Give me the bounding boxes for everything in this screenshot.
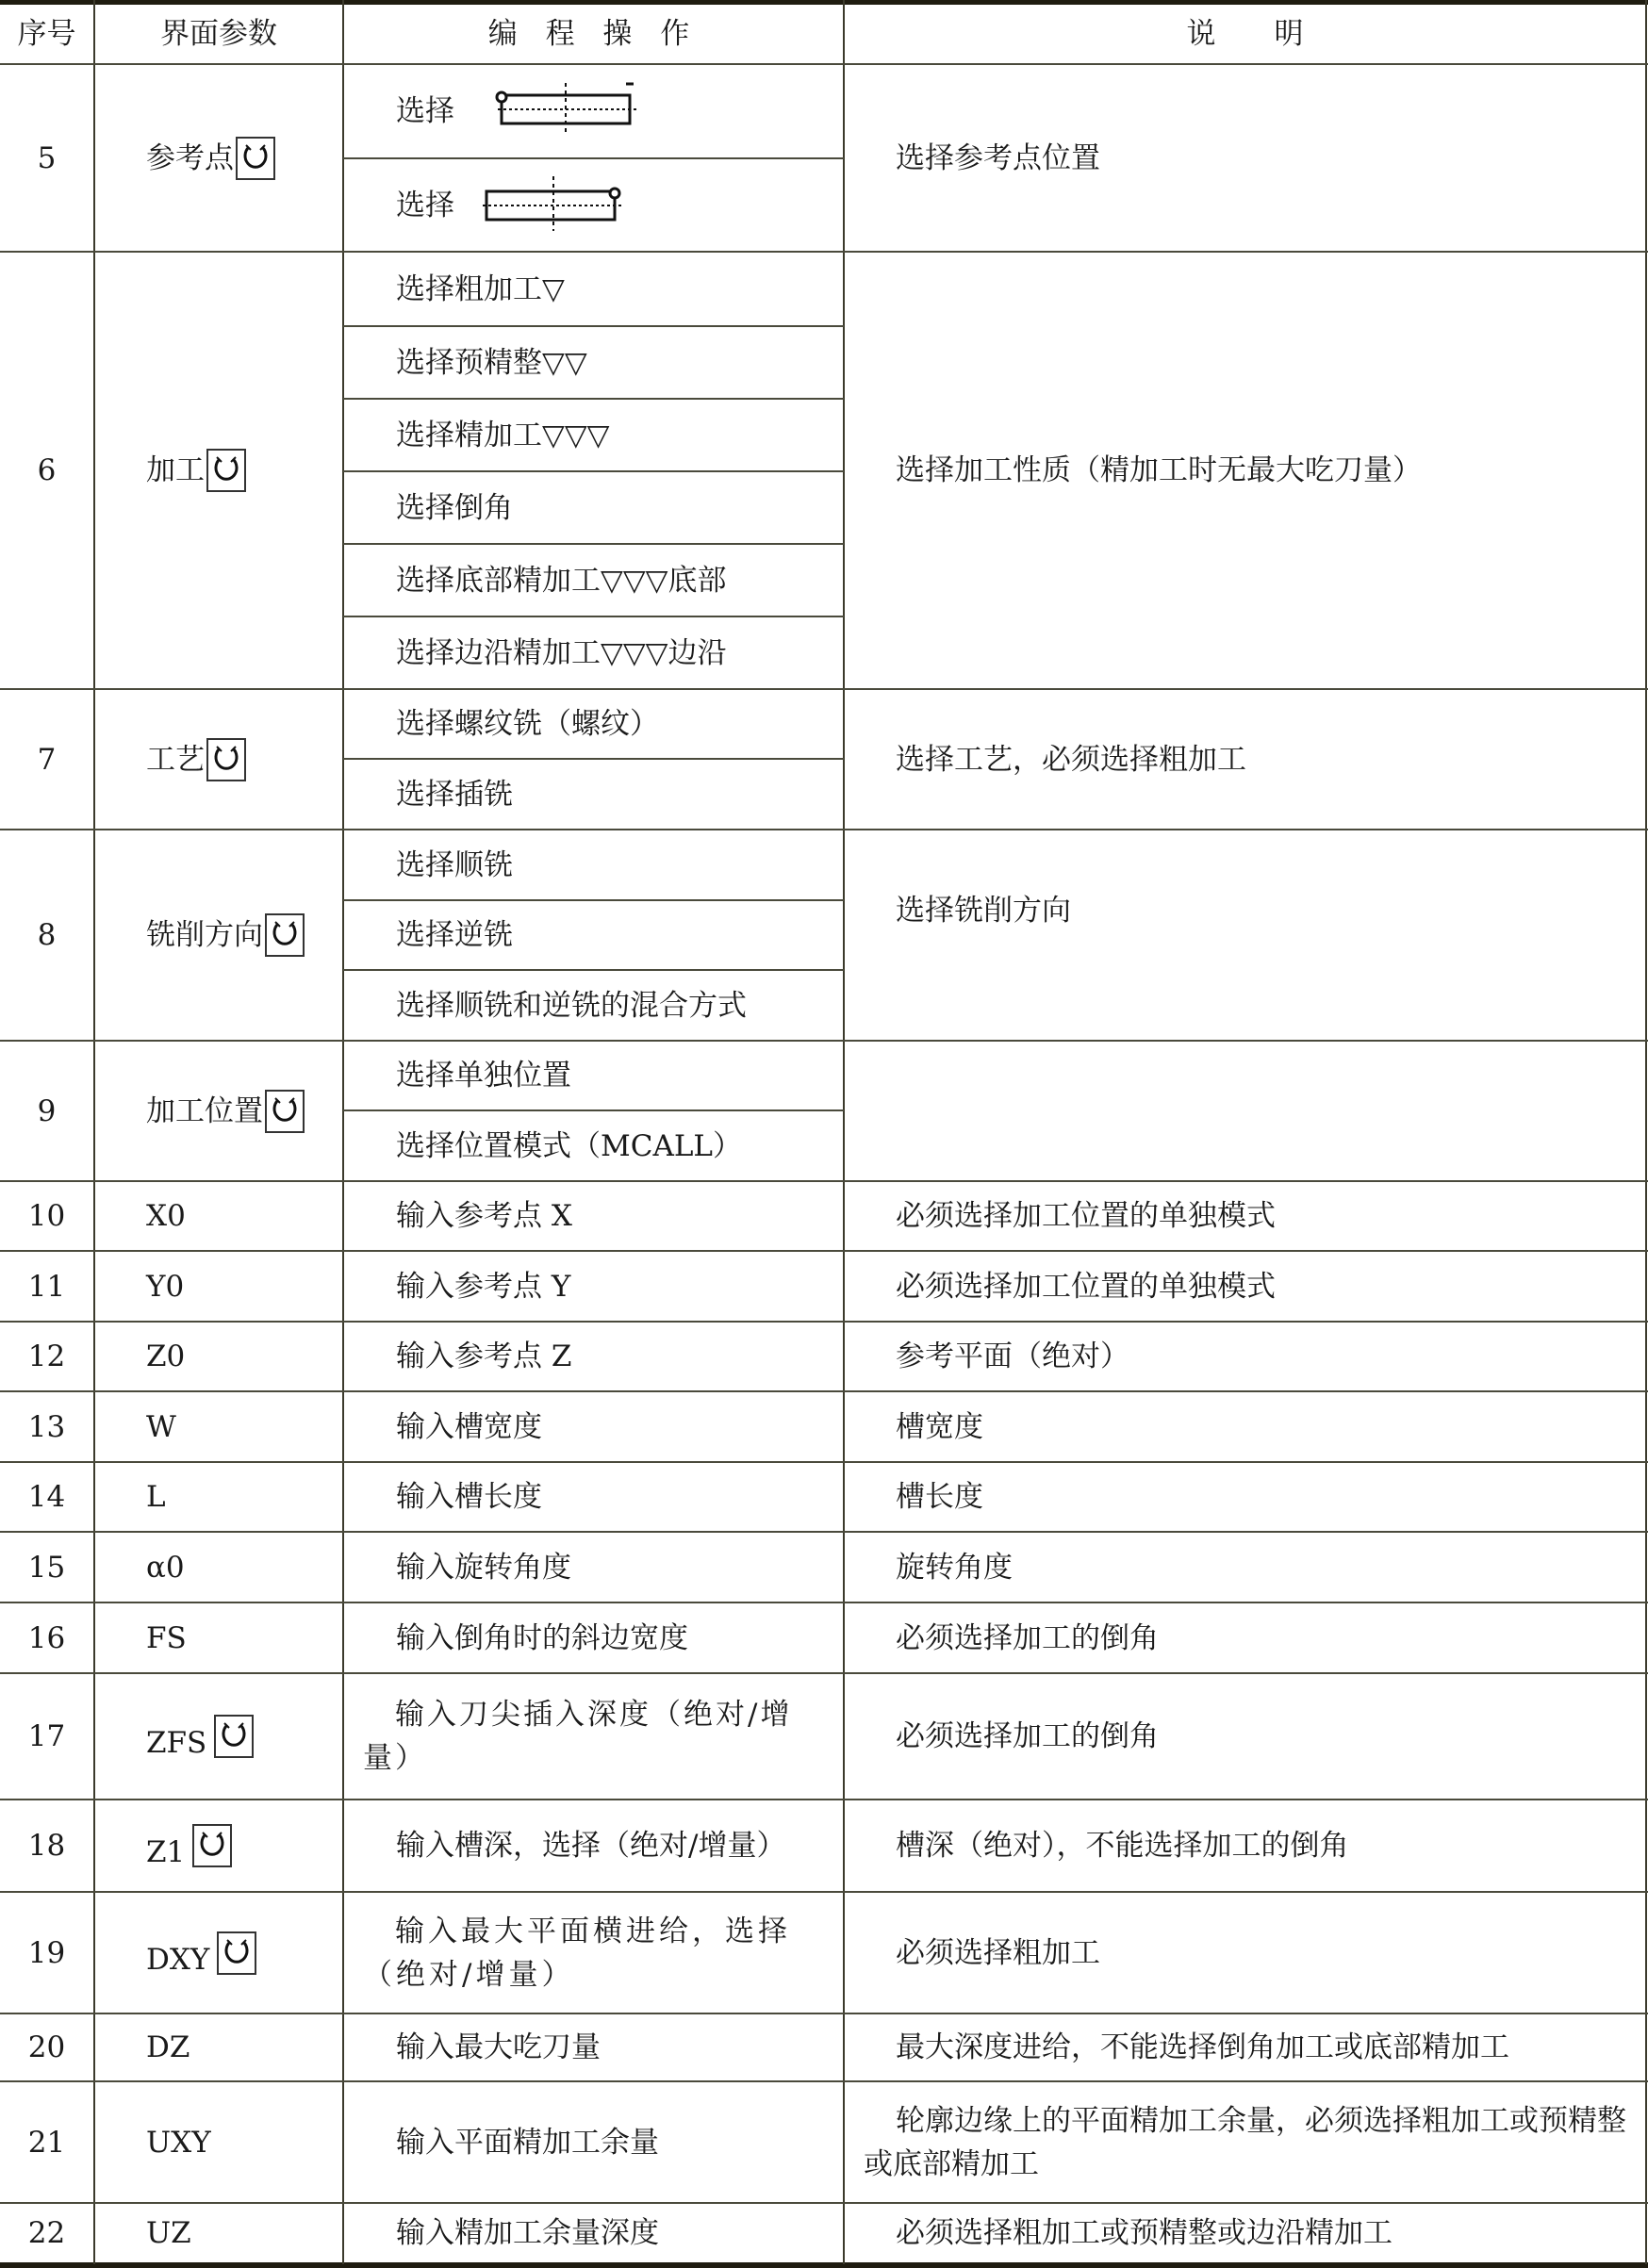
row-note: 槽宽度 xyxy=(896,1392,1640,1461)
row-seq: 8 xyxy=(0,830,93,1040)
toggle-cycle-icon[interactable] xyxy=(217,1931,256,1975)
operation-option[interactable]: 选择预精整▽▽ xyxy=(396,327,839,398)
row-param: DXY xyxy=(146,1893,342,2013)
row-note: 必须选择加工的倒角 xyxy=(896,1674,1640,1799)
row-note: 必须选择粗加工 xyxy=(896,1893,1640,2013)
row-note: 选择铣削方向 xyxy=(896,830,1640,991)
header-seq: 序号 xyxy=(0,5,93,63)
row-seq: 14 xyxy=(0,1463,93,1531)
row-seq: 16 xyxy=(0,1603,93,1672)
row-note: 必须选择加工位置的单独模式 xyxy=(896,1182,1640,1250)
row-param: L xyxy=(146,1463,342,1531)
row-seq: 6 xyxy=(0,253,93,688)
operation-option[interactable]: 选择粗加工▽ xyxy=(396,253,839,325)
operation-option[interactable]: 选择 xyxy=(396,65,839,157)
operation-option[interactable]: 选择顺铣和逆铣的混合方式 xyxy=(396,971,839,1040)
row-seq: 9 xyxy=(0,1042,93,1180)
row-note: 选择加工性质（精加工时无最大吃刀量） xyxy=(896,253,1640,688)
operation-option[interactable]: 选择精加工▽▽▽ xyxy=(396,400,839,470)
table-bottom-rule xyxy=(0,2262,1648,2268)
row-param: Y0 xyxy=(146,1252,342,1321)
slot-ref-right-diagram-icon xyxy=(483,173,671,238)
operation-option[interactable]: 选择插铣 xyxy=(396,760,839,829)
operation-option[interactable]: 选择逆铣 xyxy=(396,901,839,969)
row-note: 必须选择加工的倒角 xyxy=(896,1603,1640,1672)
row-seq: 15 xyxy=(0,1533,93,1602)
row-note: 旋转角度 xyxy=(896,1533,1640,1602)
row-note: 槽深（绝对），不能选择加工的倒角 xyxy=(896,1800,1640,1891)
row-note: 槽长度 xyxy=(896,1463,1640,1531)
row-param: 参考点 xyxy=(146,65,342,251)
row-seq: 13 xyxy=(0,1392,93,1461)
row-seq: 19 xyxy=(0,1893,93,2013)
operation-option[interactable]: 选择倒角 xyxy=(396,472,839,543)
operation-input[interactable]: 输入精加工余量深度 xyxy=(396,2204,839,2262)
operation-input[interactable]: 输入槽深，选择（绝对/增量） xyxy=(396,1800,839,1891)
operation-option[interactable]: 选择边沿精加工▽▽▽边沿 xyxy=(396,617,839,688)
operation-input[interactable]: 输入参考点 X xyxy=(396,1182,839,1250)
column-divider xyxy=(342,0,344,2264)
operation-input[interactable]: 输入倒角时的斜边宽度 xyxy=(396,1603,839,1672)
row-param: W xyxy=(146,1392,342,1461)
row-note: 轮廓边缘上的平面精加工余量，必须选择粗加工或预精整或底部精加工 xyxy=(864,2082,1640,2202)
header-operation: 编 程 操 作 xyxy=(344,5,843,63)
slot-ref-left-diagram-icon xyxy=(483,78,671,144)
toggle-cycle-icon[interactable] xyxy=(206,449,246,492)
toggle-cycle-icon[interactable] xyxy=(214,1715,254,1758)
row-param: UXY xyxy=(146,2082,342,2202)
row-seq: 7 xyxy=(0,690,93,829)
row-seq: 11 xyxy=(0,1252,93,1321)
row-seq: 18 xyxy=(0,1800,93,1891)
row-param: Z1 xyxy=(146,1800,342,1891)
row-seq: 10 xyxy=(0,1182,93,1250)
toggle-cycle-icon[interactable] xyxy=(192,1824,232,1867)
parameter-table: 序号 界面参数 编 程 操 作 说 明 5 参考点 选择 选择 选择参考点位置 … xyxy=(0,0,1648,2268)
table-right-border xyxy=(1645,0,1647,2264)
row-param: α0 xyxy=(146,1533,342,1602)
row-seq: 21 xyxy=(0,2082,93,2202)
row-seq: 17 xyxy=(0,1674,93,1799)
operation-option[interactable]: 选择螺纹铣（螺纹） xyxy=(396,690,839,758)
row-note xyxy=(896,1042,1640,1180)
toggle-cycle-icon[interactable] xyxy=(206,738,246,781)
column-divider xyxy=(93,0,95,2264)
operation-input[interactable]: 输入槽宽度 xyxy=(396,1392,839,1461)
toggle-cycle-icon[interactable] xyxy=(265,913,305,957)
row-param: FS xyxy=(146,1603,342,1672)
operation-input[interactable]: 输入平面精加工余量 xyxy=(396,2082,839,2202)
operation-option[interactable]: 选择底部精加工▽▽▽底部 xyxy=(396,545,839,616)
row-param: 工艺 xyxy=(146,690,342,829)
operation-option[interactable]: 选择单独位置 xyxy=(396,1042,839,1109)
row-param: 加工 xyxy=(146,253,342,688)
row-note: 选择工艺，必须选择粗加工 xyxy=(896,690,1640,829)
row-note: 必须选择加工位置的单独模式 xyxy=(896,1252,1640,1321)
toggle-cycle-icon[interactable] xyxy=(265,1090,305,1133)
row-note: 选择参考点位置 xyxy=(896,65,1640,251)
row-param: X0 xyxy=(146,1182,342,1250)
row-seq: 5 xyxy=(0,65,93,251)
row-param: ZFS xyxy=(146,1674,342,1799)
operation-input[interactable]: 输入参考点 Z xyxy=(396,1323,839,1390)
column-divider xyxy=(843,0,845,2264)
row-note: 最大深度进给，不能选择倒角加工或底部精加工 xyxy=(896,2014,1640,2080)
row-note: 必须选择粗加工或预精整或边沿精加工 xyxy=(896,2204,1640,2262)
row-seq: 20 xyxy=(0,2014,93,2080)
operation-input[interactable]: 输入旋转角度 xyxy=(396,1533,839,1602)
operation-input[interactable]: 输入最大吃刀量 xyxy=(396,2014,839,2080)
operation-input[interactable]: 输入刀尖插入深度（绝对/增量） xyxy=(363,1674,834,1799)
header-note: 说 明 xyxy=(845,5,1645,63)
row-param: 加工位置 xyxy=(146,1042,342,1180)
operation-option[interactable]: 选择位置模式（MCALL） xyxy=(396,1111,839,1180)
row-param: Z0 xyxy=(146,1323,342,1390)
operation-option[interactable]: 选择 xyxy=(396,159,839,251)
row-param: UZ xyxy=(146,2204,342,2262)
operation-input[interactable]: 输入最大平面横进给，选择（绝对/增量） xyxy=(363,1893,834,2013)
operation-option[interactable]: 选择顺铣 xyxy=(396,830,839,899)
operation-input[interactable]: 输入槽长度 xyxy=(396,1463,839,1531)
row-note: 参考平面（绝对） xyxy=(896,1323,1640,1390)
toggle-cycle-icon[interactable] xyxy=(236,137,275,180)
row-seq: 22 xyxy=(0,2204,93,2262)
operation-input[interactable]: 输入参考点 Y xyxy=(396,1252,839,1321)
row-param: 铣削方向 xyxy=(146,830,342,1040)
header-param: 界面参数 xyxy=(95,5,342,63)
row-seq: 12 xyxy=(0,1323,93,1390)
row-param: DZ xyxy=(146,2014,342,2080)
